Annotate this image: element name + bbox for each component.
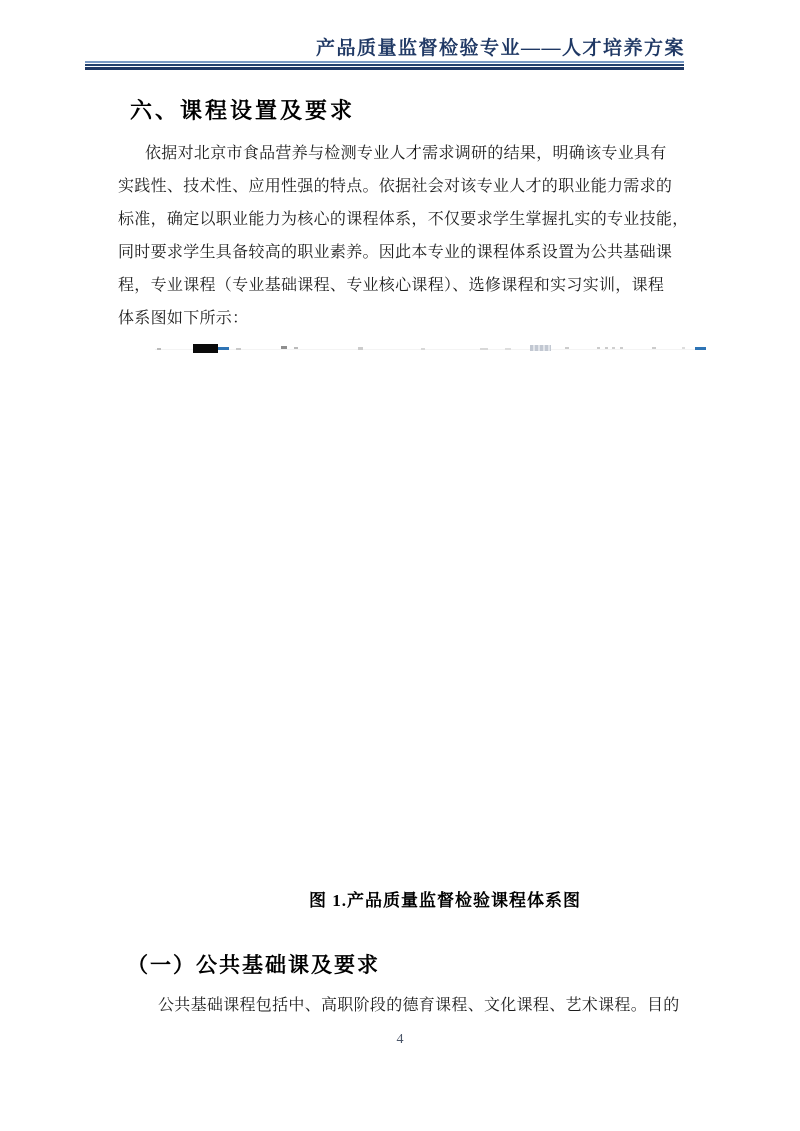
intro-paragraph: 依据对北京市食品营养与检测专业人才需求调研的结果，明确该专业具有 实践性、技术性… xyxy=(118,137,694,335)
figure-caption: 图 1.产品质量监督检验课程体系图 xyxy=(0,886,800,911)
paragraph-line: 标准，确定以职业能力为核心的课程体系，不仅要求学生掌握扎实的专业技能， xyxy=(118,203,694,236)
figure-fragment xyxy=(294,347,298,349)
figure-fragment-blue-dash xyxy=(218,347,229,350)
figure-fragment-gray-box xyxy=(530,345,551,351)
figure-fragment xyxy=(597,347,600,349)
figure-fragment xyxy=(565,347,569,349)
figure-image xyxy=(0,325,800,881)
figure-fragment xyxy=(612,347,615,349)
paragraph-line: 程，专业课程（专业基础课程、专业核心课程）、选修课程和实习实训，课程 xyxy=(118,269,694,302)
figure-fragment xyxy=(358,347,363,350)
page-number: 4 xyxy=(0,1032,800,1048)
figure-fragment xyxy=(682,347,685,349)
header-title: 产品质量监督检验专业——人才培养方案 xyxy=(316,33,685,60)
figure-fragment xyxy=(236,348,241,350)
paragraph-line: 依据对北京市食品营养与检测专业人才需求调研的结果，明确该专业具有 xyxy=(118,137,694,170)
figure-fragment-blue-dash xyxy=(695,347,706,350)
subsection-heading: （一）公共基础课及要求 xyxy=(127,949,380,979)
paragraph-line: 实践性、技术性、应用性强的特点。依据社会对该专业人才的职业能力需求的 xyxy=(118,170,694,203)
figure-fragment xyxy=(652,347,656,349)
figure-fragment xyxy=(281,346,287,349)
figure-fragment xyxy=(505,348,511,350)
figure-fragment xyxy=(480,348,488,350)
document-page: 产品质量监督检验专业——人才培养方案 六、课程设置及要求 依据对北京市食品营养与… xyxy=(0,0,800,1131)
figure-fragment xyxy=(157,348,161,350)
subsection-paragraph: 公共基础课程包括中、高职阶段的德育课程、文化课程、艺术课程。目的 xyxy=(118,995,694,1017)
paragraph-line: 同时要求学生具备较高的职业素养。因此本专业的课程体系设置为公共基础课 xyxy=(118,236,694,269)
figure-fragment xyxy=(421,348,425,350)
figure-fragment-black-box xyxy=(193,344,218,353)
section-heading: 六、课程设置及要求 xyxy=(130,94,355,125)
figure-fragment xyxy=(605,347,608,349)
header-rule xyxy=(85,61,684,70)
figure-fragment xyxy=(620,347,623,349)
